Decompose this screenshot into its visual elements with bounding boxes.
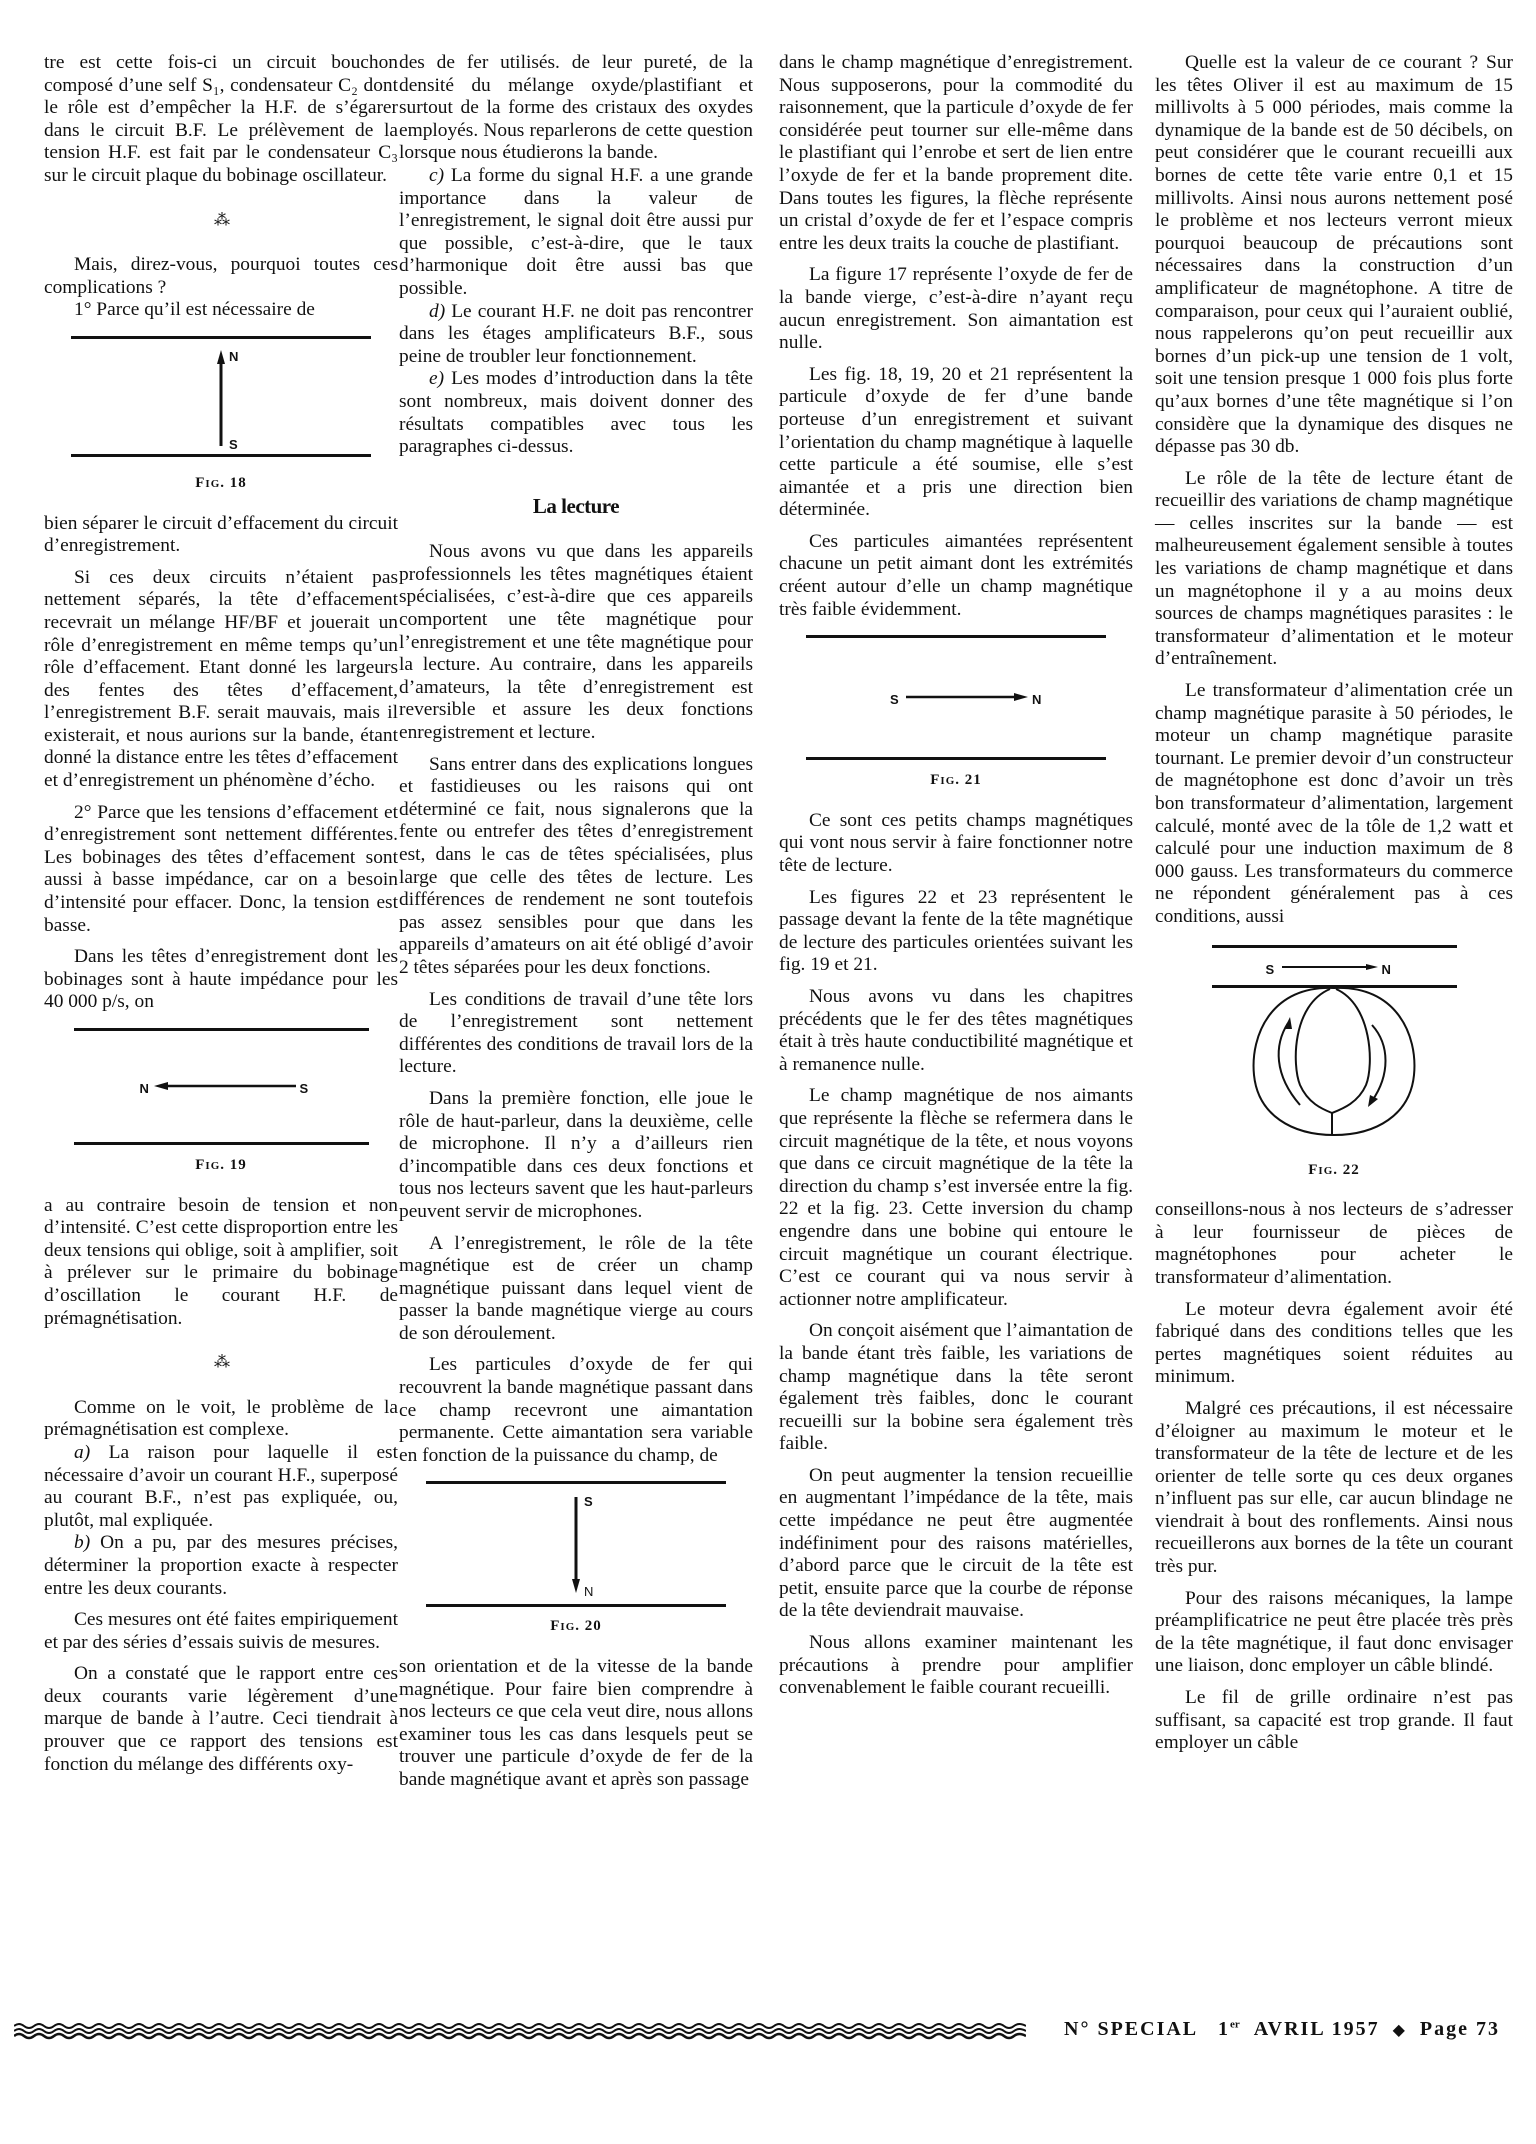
paragraph: Les figures 22 et 23 représentent le pas… (779, 887, 1133, 977)
paragraph: Les fig. 18, 19, 20 et 21 représentent l… (779, 364, 1133, 522)
paragraph: Comme on le voit, le problème de la prém… (44, 1397, 398, 1442)
arrow-up-icon (71, 336, 371, 466)
paragraph: Sans entrer dans des explications longue… (399, 754, 753, 980)
paragraph: Ces particules aimantées représentent ch… (779, 531, 1133, 621)
pole-label-south: S (1266, 959, 1275, 982)
paragraph-item-d: d) Le courant H.F. ne doit pas rencontre… (399, 301, 753, 369)
item-label: d) (429, 301, 445, 322)
tape-layer-bottom-line (806, 757, 1106, 760)
pole-label-north: N (140, 1078, 149, 1101)
figure-caption: Fig. 19 (44, 1154, 398, 1177)
paragraph: Ce sont ces petits champs magnétiques qu… (779, 810, 1133, 878)
section-separator-asterism: ⁂ (44, 1352, 398, 1375)
paragraph: Dans les têtes d’enregistrement dont les… (44, 946, 398, 1014)
pole-label-south: S (300, 1078, 309, 1101)
paragraph: Ces mesures ont été faites empiriquement… (44, 1609, 398, 1654)
paragraph: On conçoit aisément que l’aimantation de… (779, 1320, 1133, 1456)
issue-day: 1 (1218, 2018, 1230, 2040)
issue-day-suffix: er (1230, 2018, 1240, 2030)
issue-label: N° SPECIAL (1064, 2018, 1197, 2040)
tape-layer-bottom-line (426, 1604, 726, 1607)
paragraph: Le fil de grille ordinaire n’est pas suf… (1155, 1687, 1513, 1755)
figure-18: N S (71, 336, 371, 466)
paragraph: Nous allons examiner maintenant les préc… (779, 1632, 1133, 1700)
paragraph: conseillons-nous à nos lecteurs de s’adr… (1155, 1199, 1513, 1289)
paragraph: 1° Parce qu’il est nécessaire de (44, 299, 398, 322)
pole-label-north: N (1382, 959, 1391, 982)
section-separator-asterism: ⁂ (44, 210, 398, 233)
figure-caption: Fig. 22 (1155, 1159, 1513, 1182)
item-text: La forme du signal H.F. a une grande imp… (399, 165, 753, 299)
paragraph: tre est cette fois-ci un circuit bouchon… (44, 52, 398, 188)
figure-19: N S (74, 1028, 369, 1148)
column-2: des de fer utilisés. de leur pureté, de … (399, 52, 753, 1801)
pole-label-north: N (584, 1581, 593, 1604)
arrow-right-icon (806, 635, 1106, 763)
pole-label-north: N (1032, 689, 1041, 712)
decorative-wave-rule-icon (14, 2022, 1026, 2040)
item-text: La raison pour laquelle il est nécessair… (44, 1442, 398, 1531)
figure-20: S N (426, 1481, 726, 1609)
item-text: Le courant H.F. ne doit pas rencontrer d… (399, 301, 753, 367)
paragraph: son orientation et de la vitesse de la b… (399, 1656, 753, 1792)
arrow-left-icon (74, 1028, 369, 1148)
pole-label-north: N (229, 346, 238, 369)
item-text: Les modes d’introduction dans la tête so… (399, 368, 753, 457)
footer-issue-info: N° SPECIAL 1er AVRIL 1957 ◆ Page 73 (1064, 2018, 1500, 2041)
paragraph: On a constaté que le rapport entre ces d… (44, 1663, 398, 1776)
page-number: Page 73 (1420, 2018, 1500, 2040)
paragraph: Le champ magnétique de nos aimants que r… (779, 1085, 1133, 1311)
paragraph: Pour des raisons mécaniques, la lampe pr… (1155, 1588, 1513, 1678)
item-label: b) (74, 1532, 90, 1553)
paragraph: La figure 17 représente l’oxyde de fer d… (779, 264, 1133, 354)
figure-21: S N (806, 635, 1106, 763)
paragraph: Les particules d’oxyde de fer qui recouv… (399, 1354, 753, 1467)
diamond-separator-icon: ◆ (1393, 2022, 1407, 2039)
pole-label-south: S (890, 689, 899, 712)
paragraph-item-e: e) Les modes d’introduction dans la tête… (399, 368, 753, 458)
paragraph: Le rôle de la tête de lecture étant de r… (1155, 468, 1513, 671)
item-text: On a pu, par des mesures précises, déter… (44, 1532, 398, 1598)
paragraph: Si ces deux circuits n’étaient pas nette… (44, 567, 398, 793)
tape-layer-bottom-line (1212, 985, 1457, 988)
pole-label-south: S (584, 1491, 593, 1514)
paragraph: 2° Parce que les tensions d’effacement e… (44, 802, 398, 938)
paragraph: Nous avons vu dans les chapitres précéde… (779, 986, 1133, 1076)
magazine-page: tre est cette fois-ci un circuit bouchon… (0, 0, 1536, 2144)
paragraph: On peut augmenter la tension recueillie … (779, 1465, 1133, 1623)
paragraph: Le transformateur d’alimentation crée un… (1155, 680, 1513, 929)
tape-layer-bottom-line (71, 454, 371, 457)
paragraph: Nous avons vu que dans les appareils pro… (399, 541, 753, 744)
arrow-down-icon (426, 1481, 726, 1609)
column-4: Quelle est la valeur de ce courant ? Sur… (1155, 52, 1513, 1764)
item-label: c) (429, 165, 444, 186)
paragraph: Quelle est la valeur de ce courant ? Sur… (1155, 52, 1513, 459)
issue-date: AVRIL 1957 (1254, 2018, 1380, 2040)
paragraph: Dans la première fonction, elle joue le … (399, 1088, 753, 1224)
paragraph: Mais, direz-vous, pourquoi toutes ces co… (44, 254, 398, 299)
item-label: a) (74, 1442, 90, 1463)
page-footer: N° SPECIAL 1er AVRIL 1957 ◆ Page 73 (14, 2018, 1514, 2048)
paragraph: dans le champ magnétique d’enregistremen… (779, 52, 1133, 255)
paragraph: Malgré ces précautions, il est nécessair… (1155, 1398, 1513, 1579)
figure-22: S N (1212, 945, 1457, 1153)
item-label: e) (429, 368, 444, 389)
section-heading: La lecture (399, 495, 753, 518)
paragraph: a au contraire besoin de tension et non … (44, 1195, 398, 1331)
figure-caption: Fig. 20 (399, 1615, 753, 1638)
figure-caption: Fig. 18 (44, 472, 398, 495)
paragraph: des de fer utilisés. de leur pureté, de … (399, 52, 753, 165)
magnetic-head-field-diagram-icon (1212, 945, 1457, 1153)
figure-caption: Fig. 21 (779, 769, 1133, 792)
paragraph: Les conditions de travail d’une tête lor… (399, 989, 753, 1079)
paragraph: A l’enregistrement, le rôle de la tête m… (399, 1233, 753, 1346)
paragraph-item-a: a) La raison pour laquelle il est nécess… (44, 1442, 398, 1532)
paragraph: bien séparer le circuit d’effacement du … (44, 513, 398, 558)
paragraph-item-c: c) La forme du signal H.F. a une grande … (399, 165, 753, 301)
column-3: dans le champ magnétique d’enregistremen… (779, 52, 1133, 1709)
tape-layer-bottom-line (74, 1142, 369, 1145)
column-1: tre est cette fois-ci un circuit bouchon… (44, 52, 398, 1785)
paragraph: Le moteur devra également avoir été fabr… (1155, 1299, 1513, 1389)
paragraph-item-b: b) On a pu, par des mesures précises, dé… (44, 1532, 398, 1600)
